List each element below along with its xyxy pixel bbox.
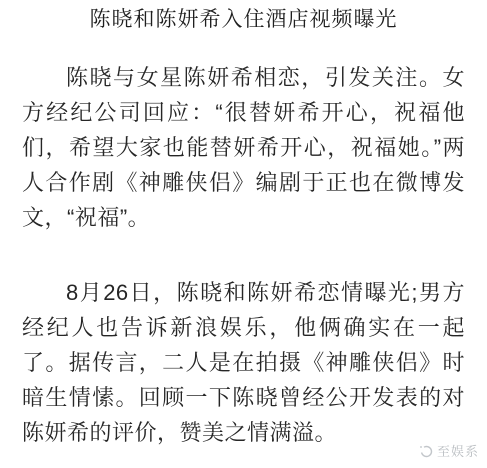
- article-paragraph-1: 陈晓与女星陈妍希相恋，引发关注。女方经纪公司回应：“很替妍希开心，祝福他们，希望…: [22, 60, 465, 235]
- watermark-label: 至娱系: [437, 441, 479, 460]
- article-title: 陈晓和陈妍希入住酒店视频曝光: [0, 0, 487, 33]
- watermark-logo-circle-icon: [419, 444, 433, 458]
- article-body: 陈晓与女星陈妍希相恋，引发关注。女方经纪公司回应：“很替妍希开心，祝福他们，希望…: [0, 33, 487, 450]
- article-paragraph-2: 8月26日，陈晓和陈妍希恋情曝光;男方经纪人也告诉新浪娱乐，他俩确实在一起了。据…: [22, 275, 465, 450]
- article-page: 陈晓和陈妍希入住酒店视频曝光 陈晓与女星陈妍希相恋，引发关注。女方经纪公司回应：…: [0, 0, 487, 468]
- watermark: 至娱系: [419, 441, 479, 460]
